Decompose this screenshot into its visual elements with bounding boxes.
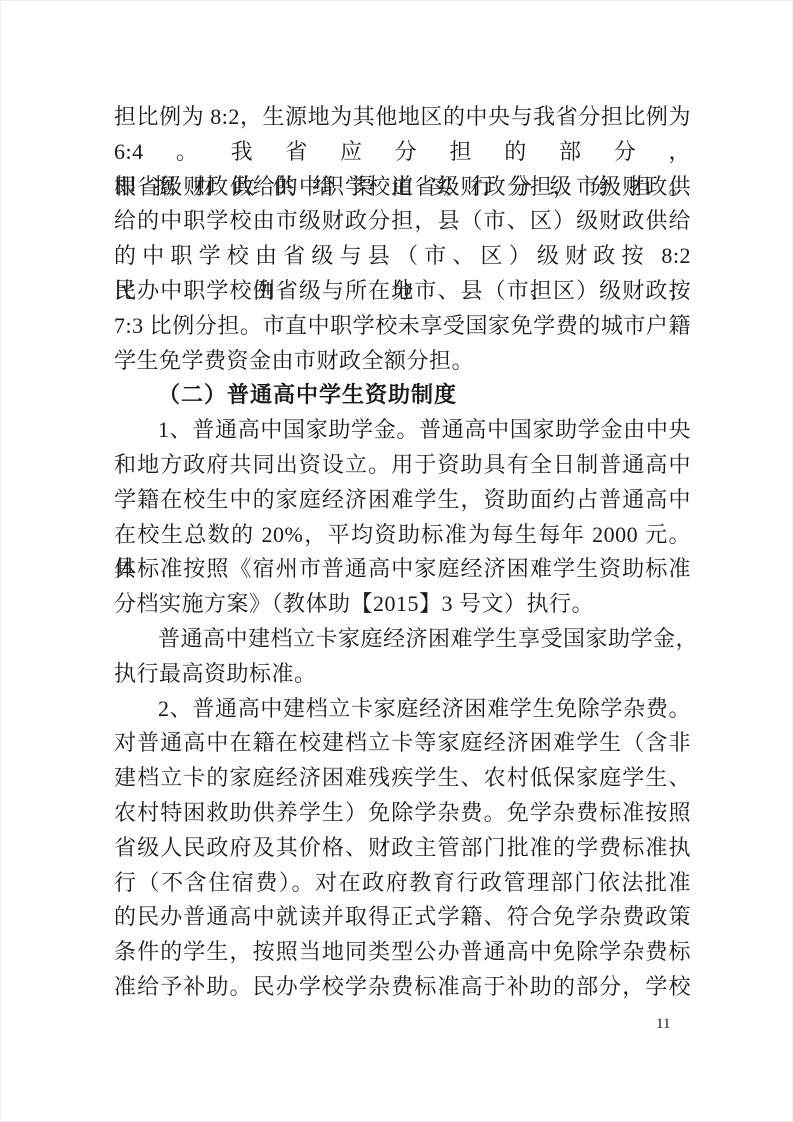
text-line: 建档立卡的家庭经济困难残疾学生、农村低保家庭学生、 bbox=[114, 761, 691, 796]
page-number: 11 bbox=[656, 1014, 670, 1034]
text-line: 1、普通高中国家助学金。普通高中国家助学金由中央 bbox=[114, 413, 691, 448]
text-line: 7:3 比例分担。市直中职学校未享受国家免学费的城市户籍 bbox=[114, 309, 691, 344]
text-line: 给的中职学校由市级财政分担，县（市、区）级财政供给 bbox=[114, 204, 691, 239]
text-line: 的中职学校由省级与县（市、区）级财政按 8:2 比例分担； bbox=[114, 239, 691, 274]
text-line: 即省级财政供给的中职学校由省级财政分担，市级财政供 bbox=[114, 170, 691, 205]
text-line: 省级人民政府及其价格、财政主管部门批准的学费标准执 bbox=[114, 831, 691, 866]
text-line: 农村特困救助供养学生）免除学杂费。免学杂费标准按照 bbox=[114, 796, 691, 831]
text-line: 条件的学生，按照当地同类型公办普通高中免除学杂费标 bbox=[114, 935, 691, 970]
text-line: 学生免学费资金由市财政全额分担。 bbox=[114, 344, 691, 379]
text-line: 分档实施方案》（教体助【2015】3 号文）执行。 bbox=[114, 587, 691, 622]
document-page: 担比例为 8:2，生源地为其他地区的中央与我省分担比例为6:4。我省应分担的部分… bbox=[0, 0, 793, 1122]
text-line: 在校生总数的 20%，平均资助标准为每生每年 2000 元。具 bbox=[114, 518, 691, 553]
text-line: 体标准按照《宿州市普通高中家庭经济困难学生资助标准 bbox=[114, 552, 691, 587]
document-body: 担比例为 8:2，生源地为其他地区的中央与我省分担比例为6:4。我省应分担的部分… bbox=[114, 100, 691, 1005]
text-line: 准给予补助。民办学校学杂费标准高于补助的部分，学校 bbox=[114, 970, 691, 1005]
text-line: 的民办普通高中就读并取得正式学籍、符合免学杂费政策 bbox=[114, 900, 691, 935]
text-line: （二）普通高中学生资助制度 bbox=[114, 378, 691, 413]
text-line: 2、普通高中建档立卡家庭经济困难学生免除学杂费。 bbox=[114, 692, 691, 727]
text-line: 担比例为 8:2，生源地为其他地区的中央与我省分担比例为 bbox=[114, 100, 691, 135]
text-line: 对普通高中在籍在校建档立卡等家庭经济困难学生（含非 bbox=[114, 726, 691, 761]
text-line: 学籍在校生中的家庭经济困难学生，资助面约占普通高中 bbox=[114, 483, 691, 518]
text-line: 6:4。我省应分担的部分，根据财政供给渠道实行分级分担。 bbox=[114, 135, 691, 170]
text-line: 执行最高资助标准。 bbox=[114, 657, 691, 692]
text-line: 普通高中建档立卡家庭经济困难学生享受国家助学金， bbox=[114, 622, 691, 657]
text-line: 行（不含住宿费）。对在政府教育行政管理部门依法批准 bbox=[114, 866, 691, 901]
text-line: 民办中职学校由省级与所在地市、县（市、区）级财政按 bbox=[114, 274, 691, 309]
text-line: 和地方政府共同出资设立。用于资助具有全日制普通高中 bbox=[114, 448, 691, 483]
